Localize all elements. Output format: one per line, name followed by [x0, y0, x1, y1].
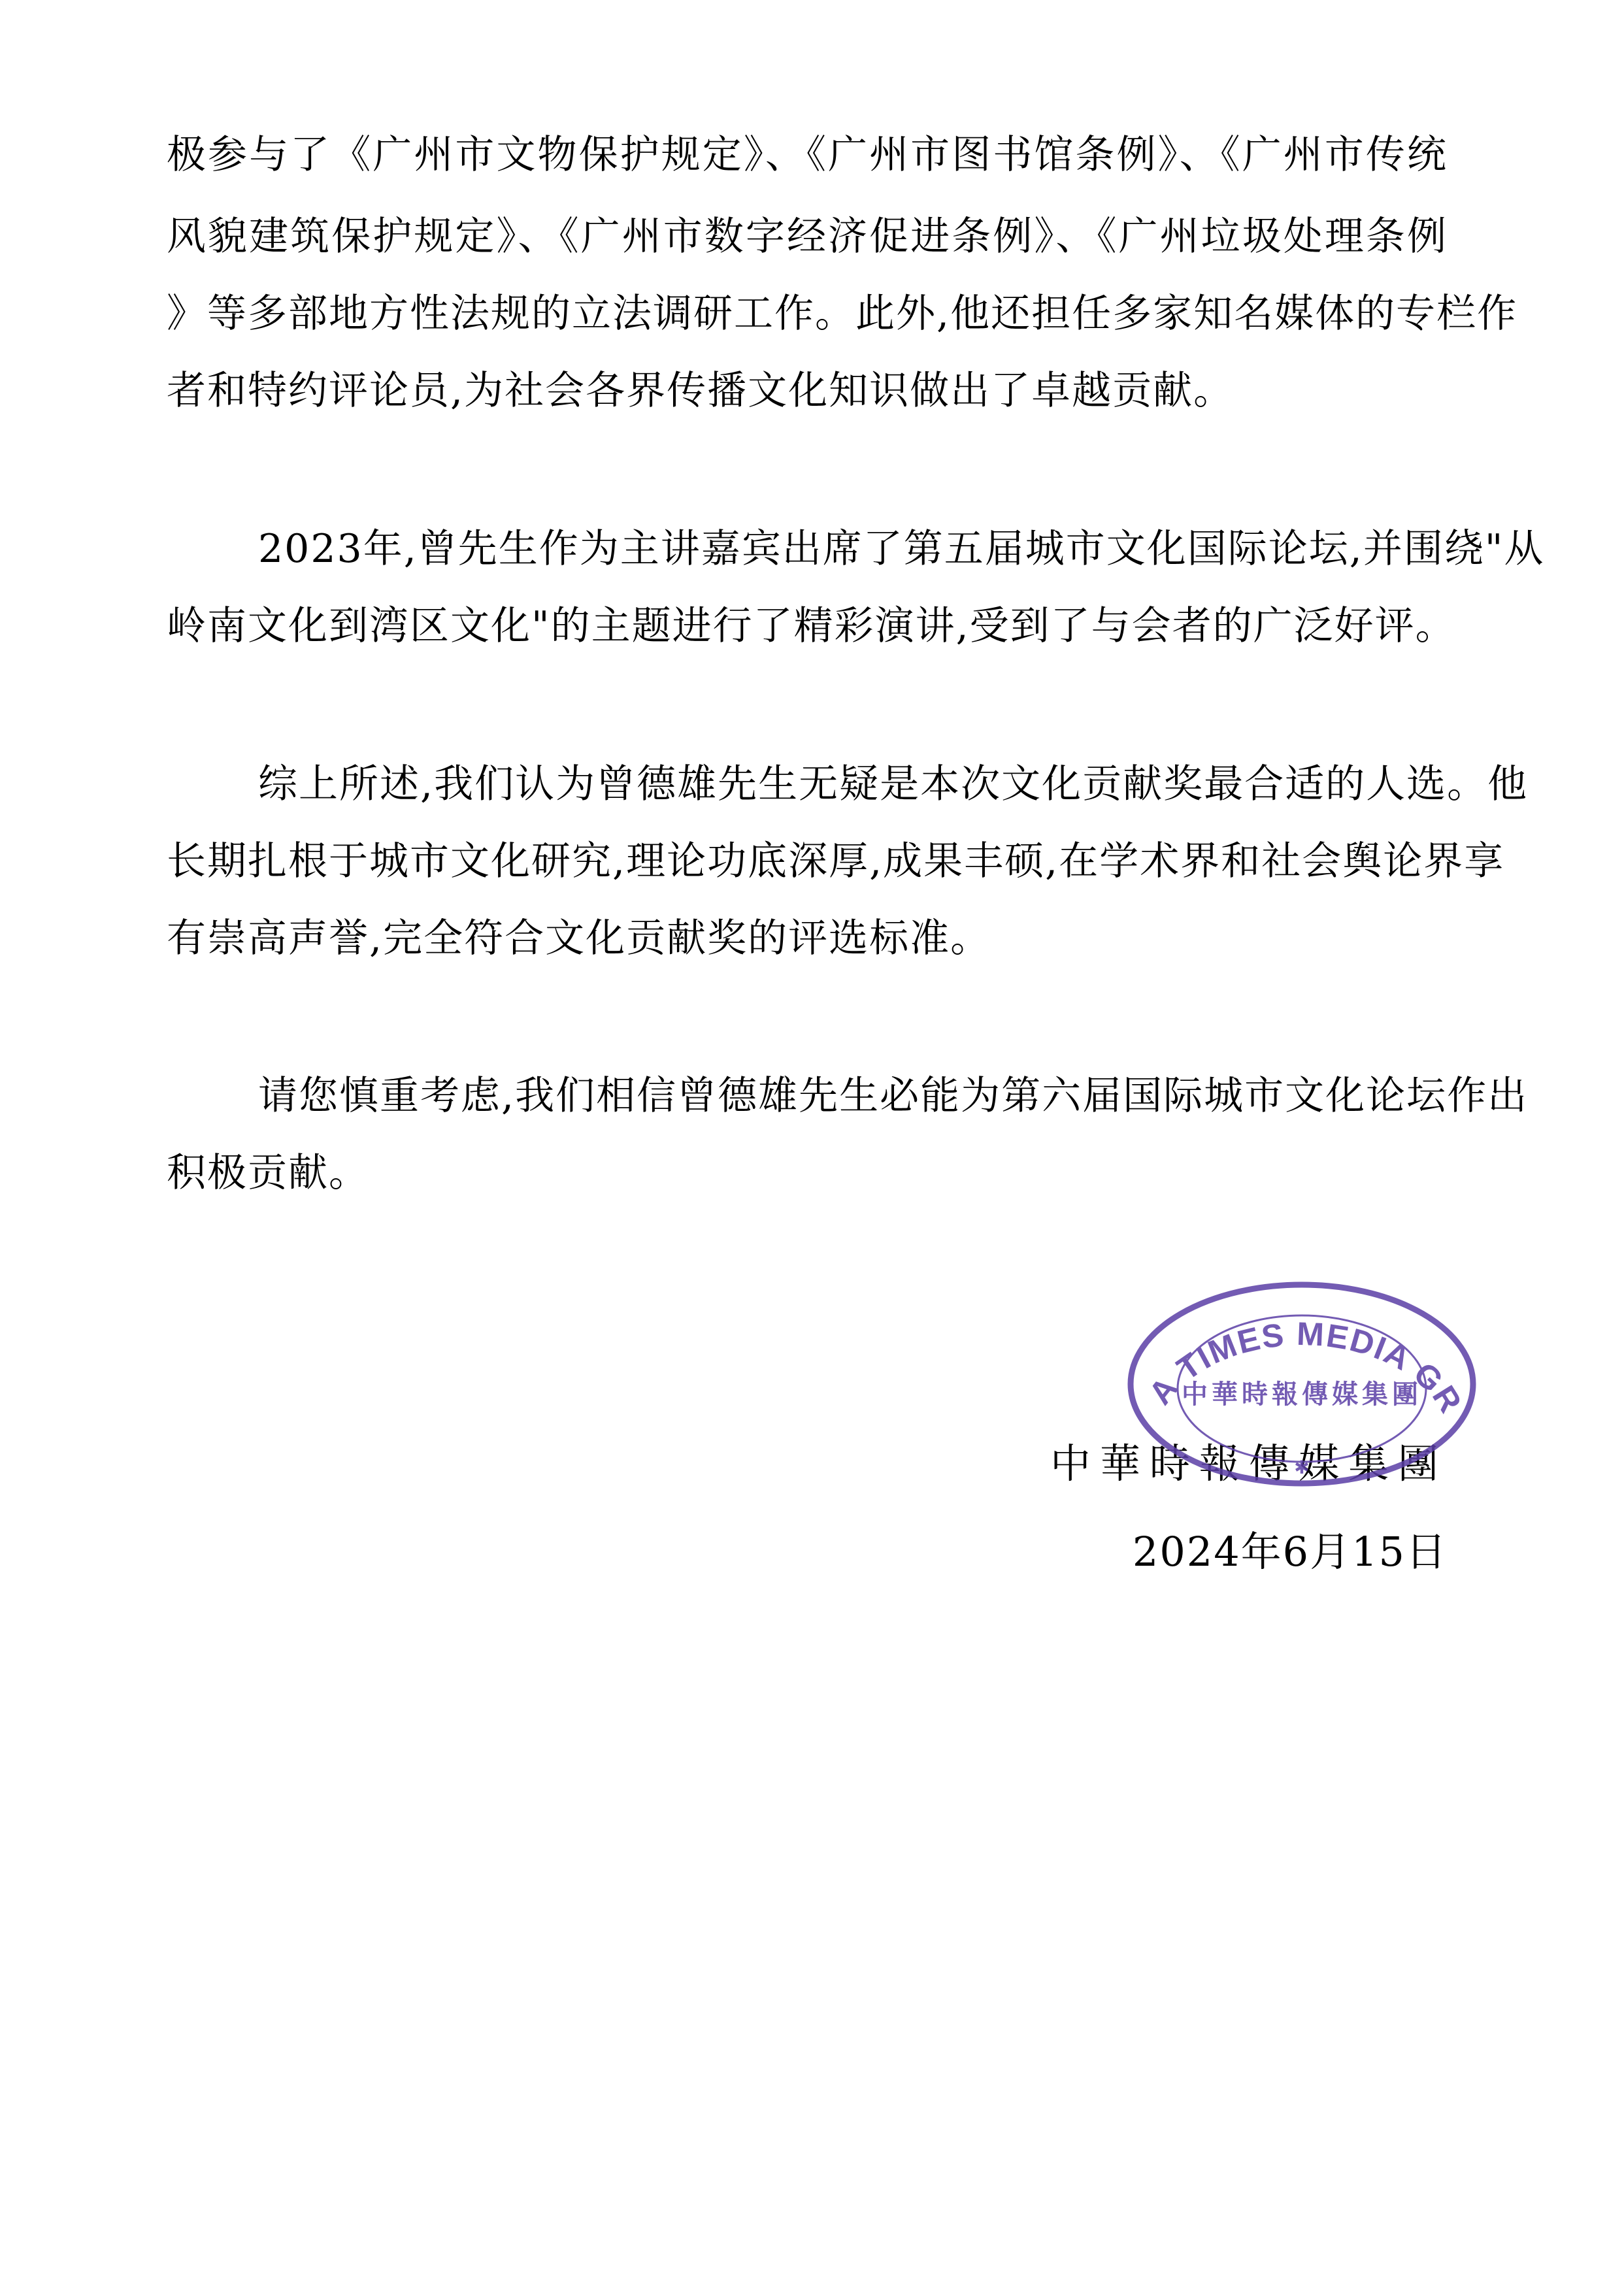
- paragraph-4-line-1: 请您慎重考虑,我们相信曾德雄先生必能为第六届国际城市文化论坛作出: [258, 1070, 1448, 1122]
- seal-icon: CHINA TIMES MEDIA GROUP 中華時報傳媒集團 ✱: [1124, 1278, 1480, 1490]
- paragraph-3-line-3: 有崇高声誉,完全符合文化贡献奖的评选标准。: [167, 912, 1448, 965]
- paragraph-4-line-2: 积极贡献。: [167, 1147, 1448, 1199]
- letter-page: 极参与了《广州市文物保护规定》、《广州市图书馆条例》、《广州市传统 风貌建筑保护…: [0, 0, 1624, 2295]
- paragraph-2-line-1: 2023年,曾先生作为主讲嘉宾出席了第五届城市文化国际论坛,并围绕"从: [258, 523, 1448, 575]
- seal-star-icon: ✱: [1294, 1457, 1309, 1478]
- paragraph-3-line-1: 综上所述,我们认为曾德雄先生无疑是本次文化贡献奖最合适的人选。他: [258, 758, 1448, 810]
- seal-inner-text: 中華時報傳媒集團: [1182, 1379, 1422, 1410]
- paragraph-1-line-2: 风貌建筑保护规定》、《广州市数字经济促进条例》、《广州垃圾处理条例: [167, 210, 1448, 263]
- signature-date: 2024年6月15日: [1133, 1526, 1448, 1578]
- paragraph-1-line-1: 极参与了《广州市文物保护规定》、《广州市图书馆条例》、《广州市传统: [167, 129, 1448, 181]
- paragraph-3-line-2: 长期扎根于城市文化研究,理论功底深厚,成果丰硕,在学术界和社会舆论界享: [167, 835, 1448, 887]
- paragraph-1-line-4: 者和特约评论员,为社会各界传播文化知识做出了卓越贡献。: [167, 365, 1448, 417]
- paragraph-1-line-3: 》等多部地方性法规的立法调研工作。此外,他还担任多家知名媒体的专栏作: [167, 288, 1448, 340]
- company-seal-stamp: CHINA TIMES MEDIA GROUP 中華時報傳媒集團 ✱: [1124, 1278, 1480, 1490]
- paragraph-2-line-2: 岭南文化到湾区文化"的主题进行了精彩演讲,受到了与会者的广泛好评。: [167, 600, 1448, 652]
